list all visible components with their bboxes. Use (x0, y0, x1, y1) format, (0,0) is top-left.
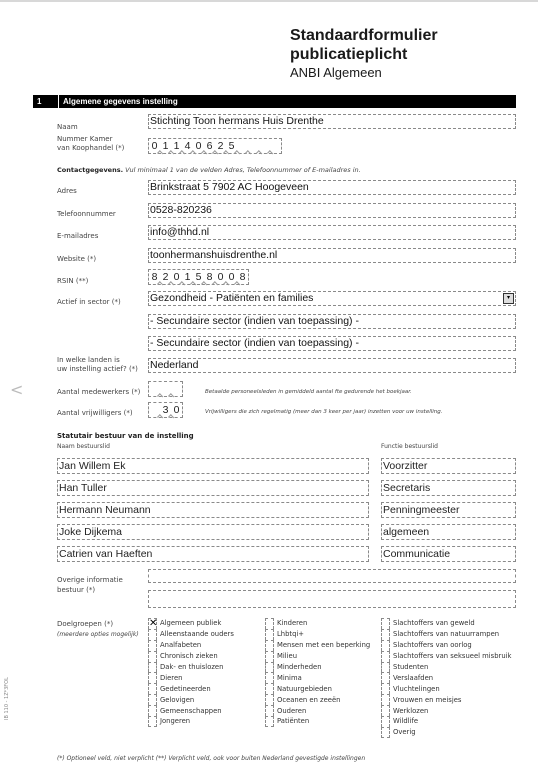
doelgroep-option[interactable]: Vrouwen en meisjes (381, 694, 511, 705)
checkbox-label: Studenten (393, 663, 428, 671)
doelgroep-option[interactable]: Mensen met een beperking (265, 640, 370, 651)
doelgroep-option[interactable]: Alleenstaande ouders (148, 629, 234, 640)
digit-cell: 5 (226, 139, 237, 153)
digit-cell (149, 403, 160, 417)
doelgroep-option[interactable]: Gemeenschappen (148, 705, 234, 716)
checkbox[interactable] (148, 629, 157, 640)
checkbox[interactable] (148, 694, 157, 705)
doelgroep-option[interactable]: Wildlife (381, 716, 511, 727)
digit-cell: 1 (182, 270, 193, 284)
footnote: (*) Optioneel veld, niet verplicht (**) … (57, 755, 365, 762)
sector-select[interactable]: Gezondheid - Patiënten en families ▾ (148, 291, 516, 306)
board-member-name[interactable]: Hermann Neumann (57, 502, 369, 518)
checkbox-label: Dak- en thuislozen (160, 663, 223, 671)
checkbox[interactable] (381, 629, 390, 640)
doelgroep-option[interactable]: Ouderen (265, 705, 370, 716)
doelgroepen-column-1: ✕Algemeen publiekAlleenstaande oudersAna… (148, 618, 234, 727)
doelgroep-option[interactable]: Oceanen en zeeën (265, 694, 370, 705)
doelgroepen-label: Doelgroepen (*) (57, 620, 113, 629)
doelgroep-option[interactable]: Vluchtelingen (381, 683, 511, 694)
checkbox[interactable] (381, 662, 390, 673)
adres-field[interactable]: Brinkstraat 5 7902 AC Hoogeveen (148, 180, 516, 195)
doelgroep-option[interactable]: Gedetineerden (148, 683, 234, 694)
checkbox[interactable] (381, 640, 390, 651)
digit-cell: 2 (160, 270, 171, 284)
other-info-field-1[interactable] (148, 569, 516, 583)
digit-cell: 8 (237, 270, 248, 284)
checkbox-label: Werklozen (393, 707, 428, 715)
digit-cell: 1 (171, 139, 182, 153)
board-member-name[interactable]: Han Tuller (57, 480, 369, 496)
digit-cell: 2 (215, 139, 226, 153)
checkbox-label: Jongeren (160, 717, 190, 725)
board-member-function[interactable]: Communicatie (381, 546, 516, 562)
checkbox-label: Slachtoffers van natuurrampen (393, 630, 499, 638)
board-member-function[interactable]: Voorzitter (381, 458, 516, 474)
digit-cell: 0 (193, 139, 204, 153)
kvk-label-line2: van Koophandel (*) (57, 144, 124, 153)
checkbox-label: Minderheden (277, 663, 322, 671)
checkbox-label: Kinderen (277, 619, 307, 627)
email-label: E-mailadres (57, 232, 98, 241)
checkbox[interactable] (148, 705, 157, 716)
doelgroep-option[interactable]: Minima (265, 672, 370, 683)
doelgroep-option[interactable]: Natuurgebieden (265, 683, 370, 694)
checkbox-label: Verslaafden (393, 674, 433, 682)
doelgroep-option[interactable]: Verslaafden (381, 672, 511, 683)
checkbox[interactable] (265, 662, 274, 673)
checkbox-label: Mensen met een beperking (277, 641, 370, 649)
checkbox-label: Patiënten (277, 717, 309, 725)
section-number: 1 (37, 95, 41, 108)
section-divider (58, 95, 59, 108)
checkbox-label: Slachtoffers van geweld (393, 619, 475, 627)
checkbox[interactable] (265, 672, 274, 683)
checkbox[interactable] (381, 651, 390, 662)
checkbox-label: Ouderen (277, 707, 306, 715)
digit-cell: 8 (204, 270, 215, 284)
digit-cell (160, 382, 171, 396)
email-field[interactable]: info@thhd.nl (148, 225, 516, 240)
landen-label-line2: uw instelling actief? (*) (57, 365, 138, 374)
doelgroep-option[interactable]: Overig (381, 727, 511, 738)
other-info-field-2[interactable] (148, 590, 516, 608)
checkbox[interactable] (265, 618, 274, 629)
vrijwilligers-hint: Vrijwilligers die zich regelmatig (meer … (205, 409, 443, 415)
top-border (0, 0, 538, 2)
doelgroepen-column-2: KinderenLhbtqi+Mensen met een beperkingM… (265, 618, 370, 727)
checkbox[interactable] (265, 716, 274, 727)
kvk-number-field[interactable]: 01140625 (148, 138, 282, 154)
checkbox-label: Milieu (277, 652, 297, 660)
checkbox[interactable] (148, 683, 157, 694)
telefoon-label: Telefoonnummer (57, 210, 116, 219)
board-member-name[interactable]: Joke Dijkema (57, 524, 369, 540)
doelgroepen-sublabel: (meerdere opties mogelijk) (57, 630, 139, 639)
digit-cell: 0 (149, 139, 160, 153)
board-function-header: Functie bestuurslid (381, 443, 438, 450)
doelgroep-option[interactable]: Gelovigen (148, 694, 234, 705)
digit-cell: 3 (160, 403, 171, 417)
checkbox-label: Vluchtelingen (393, 685, 440, 693)
checkbox[interactable] (148, 662, 157, 673)
checkbox[interactable] (381, 672, 390, 683)
board-heading: Statutair bestuur van de instelling (57, 432, 194, 440)
digit-cell (171, 382, 182, 396)
secondary-sector-select-1[interactable]: - Secundaire sector (indien van toepassi… (148, 314, 516, 329)
form-title-line1: Standaardformulier (290, 26, 438, 45)
form-title-line2: publicatieplicht (290, 45, 438, 64)
checkbox-label: Gelovigen (160, 696, 194, 704)
doelgroep-option[interactable]: ✕Algemeen publiek (148, 618, 234, 629)
section-title: Algemene gegevens instelling (63, 95, 178, 108)
adres-label: Adres (57, 187, 77, 196)
doelgroepen-column-3: Slachtoffers van geweldSlachtoffers van … (381, 618, 511, 738)
checkbox[interactable] (265, 640, 274, 651)
checkbox-label: Wildlife (393, 717, 418, 725)
checkbox[interactable] (265, 629, 274, 640)
form-subtitle: ANBI Algemeen (290, 65, 438, 81)
board-name-header: Naam bestuurslid (57, 443, 110, 450)
sector-select-value: Gezondheid - Patiënten en families (150, 292, 313, 304)
checkbox-label: Overig (393, 728, 416, 736)
board-member-function[interactable]: Secretaris (381, 480, 516, 496)
contact-note-title: Contactgegevens. (57, 166, 123, 174)
back-arrow-icon[interactable]: < (10, 382, 23, 398)
checkbox-label: Gedetineerden (160, 685, 211, 693)
sector-label: Actief in sector (*) (57, 298, 121, 307)
checkbox[interactable] (381, 727, 390, 738)
digit-cell: 0 (215, 270, 226, 284)
checkbox-label: Analfabeten (160, 641, 201, 649)
medewerkers-hint: Betaalde personeelsleden in gemiddeld aa… (205, 389, 412, 395)
digit-cell (149, 382, 160, 396)
doelgroep-option[interactable]: Chronisch zieken (148, 651, 234, 662)
checkbox[interactable] (381, 716, 390, 727)
naam-field[interactable]: Stichting Toon hermans Huis Drenthe (148, 114, 516, 129)
board-member-name[interactable]: Catrien van Haeften (57, 546, 369, 562)
landen-label-line1: In welke landen is (57, 356, 120, 365)
doelgroep-option[interactable]: Slachtoffers van seksueel misbruik (381, 651, 511, 662)
checkbox[interactable] (265, 694, 274, 705)
dropdown-arrow-icon[interactable]: ▾ (503, 293, 514, 304)
doelgroep-option[interactable]: Dieren (148, 672, 234, 683)
board-member-name[interactable]: Jan Willem Ek (57, 458, 369, 474)
digit-cell: 0 (226, 270, 237, 284)
checkbox[interactable] (265, 651, 274, 662)
doelgroep-option[interactable]: Werklozen (381, 705, 511, 716)
doelgroep-option[interactable]: Kinderen (265, 618, 370, 629)
digit-cell: 1 (160, 139, 171, 153)
checkbox[interactable] (265, 683, 274, 694)
checkbox[interactable] (381, 618, 390, 629)
checkbox[interactable] (148, 716, 157, 727)
checkbox-label: Dieren (160, 674, 182, 682)
board-member-function[interactable]: algemeen (381, 524, 516, 540)
section-header: 1 Algemene gegevens instelling (33, 95, 516, 108)
doelgroep-option[interactable]: Milieu (265, 651, 370, 662)
digit-cell: 0 (171, 403, 182, 417)
doelgroep-option[interactable]: Slachtoffers van natuurrampen (381, 629, 511, 640)
website-label: Website (*) (57, 255, 96, 264)
board-member-function[interactable]: Penningmeester (381, 502, 516, 518)
checkbox-label: Chronisch zieken (160, 652, 218, 660)
rsin-field[interactable]: 820158008 (148, 269, 249, 285)
kvk-label-line1: Nummer Kamer (57, 135, 112, 144)
checkbox-label: Minima (277, 674, 302, 682)
digit-cell: 0 (171, 270, 182, 284)
checkbox-label: Lhbtqi+ (277, 630, 304, 638)
digit-cell: 8 (149, 270, 160, 284)
checkbox-label: Slachtoffers van seksueel misbruik (393, 652, 511, 660)
checkbox-label: Vrouwen en meisjes (393, 696, 461, 704)
digit-cell: 6 (204, 139, 215, 153)
checkbox-label: Slachtoffers van oorlog (393, 641, 472, 649)
doelgroep-option[interactable]: Studenten (381, 662, 511, 673)
vrijwilligers-field[interactable]: 30 (148, 402, 183, 418)
rsin-label: RSIN (**) (57, 277, 88, 286)
checkbox-label: Oceanen en zeeën (277, 696, 340, 704)
doelgroep-option[interactable]: Dak- en thuislozen (148, 662, 234, 673)
checkbox[interactable] (381, 683, 390, 694)
checkbox[interactable] (148, 672, 157, 683)
checkbox-label: Natuurgebieden (277, 685, 332, 693)
digit-cell (270, 139, 281, 153)
website-field[interactable]: toonhermanshuisdrenthe.nl (148, 248, 516, 263)
naam-label: Naam (57, 123, 78, 132)
checkbox[interactable] (381, 694, 390, 705)
doelgroep-option[interactable]: Lhbtqi+ (265, 629, 370, 640)
medewerkers-field[interactable] (148, 381, 183, 397)
checkbox-label: Algemeen publiek (160, 619, 221, 627)
doelgroep-option[interactable]: Slachtoffers van oorlog (381, 640, 511, 651)
checkbox[interactable] (148, 640, 157, 651)
doelgroep-option[interactable]: Slachtoffers van geweld (381, 618, 511, 629)
checkbox-label: Alleenstaande ouders (160, 630, 234, 638)
contact-note-text: Vul minimaal 1 van de velden Adres, Tele… (125, 166, 361, 174)
checkbox[interactable] (265, 705, 274, 716)
secondary-sector-select-2[interactable]: - Secundaire sector (indien van toepassi… (148, 336, 516, 351)
medewerkers-label: Aantal medewerkers (*) (57, 388, 140, 397)
checkbox[interactable] (381, 705, 390, 716)
form-code: IB 110 - 1Z*3FOL (4, 677, 10, 720)
digit-cell (259, 139, 270, 153)
other-info-label-line1: Overige informatie (57, 576, 123, 585)
checkbox[interactable] (148, 651, 157, 662)
digit-cell: 5 (193, 270, 204, 284)
telefoon-field[interactable]: 0528-820236 (148, 203, 516, 218)
digit-cell (237, 139, 248, 153)
digit-cell: 4 (182, 139, 193, 153)
form-header: Standaardformulier publicatieplicht ANBI… (290, 26, 438, 81)
doelgroep-option[interactable]: Analfabeten (148, 640, 234, 651)
contact-note: Contactgegevens. Vul minimaal 1 van de v… (57, 166, 361, 174)
doelgroep-option[interactable]: Patiënten (265, 716, 370, 727)
doelgroep-option[interactable]: Jongeren (148, 716, 234, 727)
digit-cell (248, 139, 259, 153)
other-info-label-line2: bestuur (*) (57, 586, 95, 595)
landen-field[interactable]: Nederland (148, 358, 516, 373)
vrijwilligers-label: Aantal vrijwilligers (*) (57, 409, 133, 418)
checkbox-label: Gemeenschappen (160, 707, 222, 715)
doelgroep-option[interactable]: Minderheden (265, 662, 370, 673)
checkbox[interactable]: ✕ (148, 618, 157, 629)
